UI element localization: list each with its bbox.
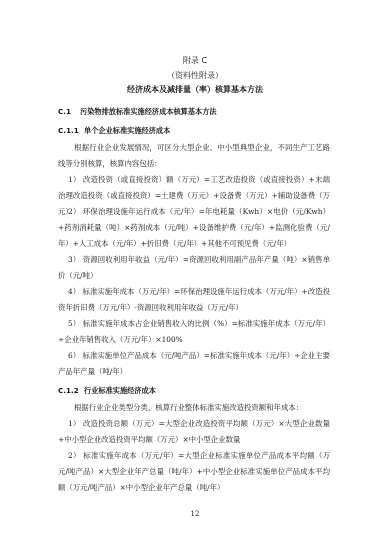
appendix-label: 附录 C — [0, 55, 390, 66]
list-item: 2） 标准实施年成本（万元/年）=大型企业标准实施单位产品成本平均额（万元/吨产… — [58, 448, 330, 496]
section-heading-c1: C.1污染物排放标准实施经济成本核算基本方法 — [58, 107, 217, 117]
paragraph-c1-1-intro: 根据行业企业发展情况，可区分大型企业、中小型典型企业，不同生产工艺路线等分别核算… — [58, 140, 330, 172]
list-item: 1） 改造投资总额（万元）=大型企业改造投资平均额（万元）×大型企业数量+中小型… — [58, 416, 330, 448]
list-item: 2） 环保治理设施年运行成本（元/年）=年电耗量（Kwh）×电价（元/Kwh）+… — [58, 204, 330, 252]
list-item: 6） 标准实施单位产品成本（元/吨产品）=标准实施年成本（元/年）÷企业主要产品… — [58, 348, 330, 380]
list-item: 4） 标准实施年成本（万元/年）=环保治理设施年运行成本（万元/年）+改造投资年… — [58, 284, 330, 316]
list-item: 3） 资源回收利用年收益（元/年）=资源回收利用副产品年产量（吨）×销售单价（元… — [58, 252, 330, 284]
list-item: 5） 标准实施年成本占企业销售收入的比例（%）=标准实施年成本（万元/年）÷企业… — [58, 316, 330, 348]
page-number: 12 — [0, 510, 390, 518]
appendix-title: 经济成本及减排量（率）核算基本方法 — [0, 84, 390, 95]
paragraph-c1-2-intro: 根据行业企业类型分类，核算行业整体标准实施改造投资额和年成本： — [58, 400, 330, 416]
appendix-type: （资料性附录） — [0, 70, 390, 81]
section-heading-c1-1: C.1.1单个企业标准实施经济成本 — [58, 126, 170, 136]
section-heading-c1-2: C.1.2行业标准实施经济成本 — [58, 386, 156, 396]
